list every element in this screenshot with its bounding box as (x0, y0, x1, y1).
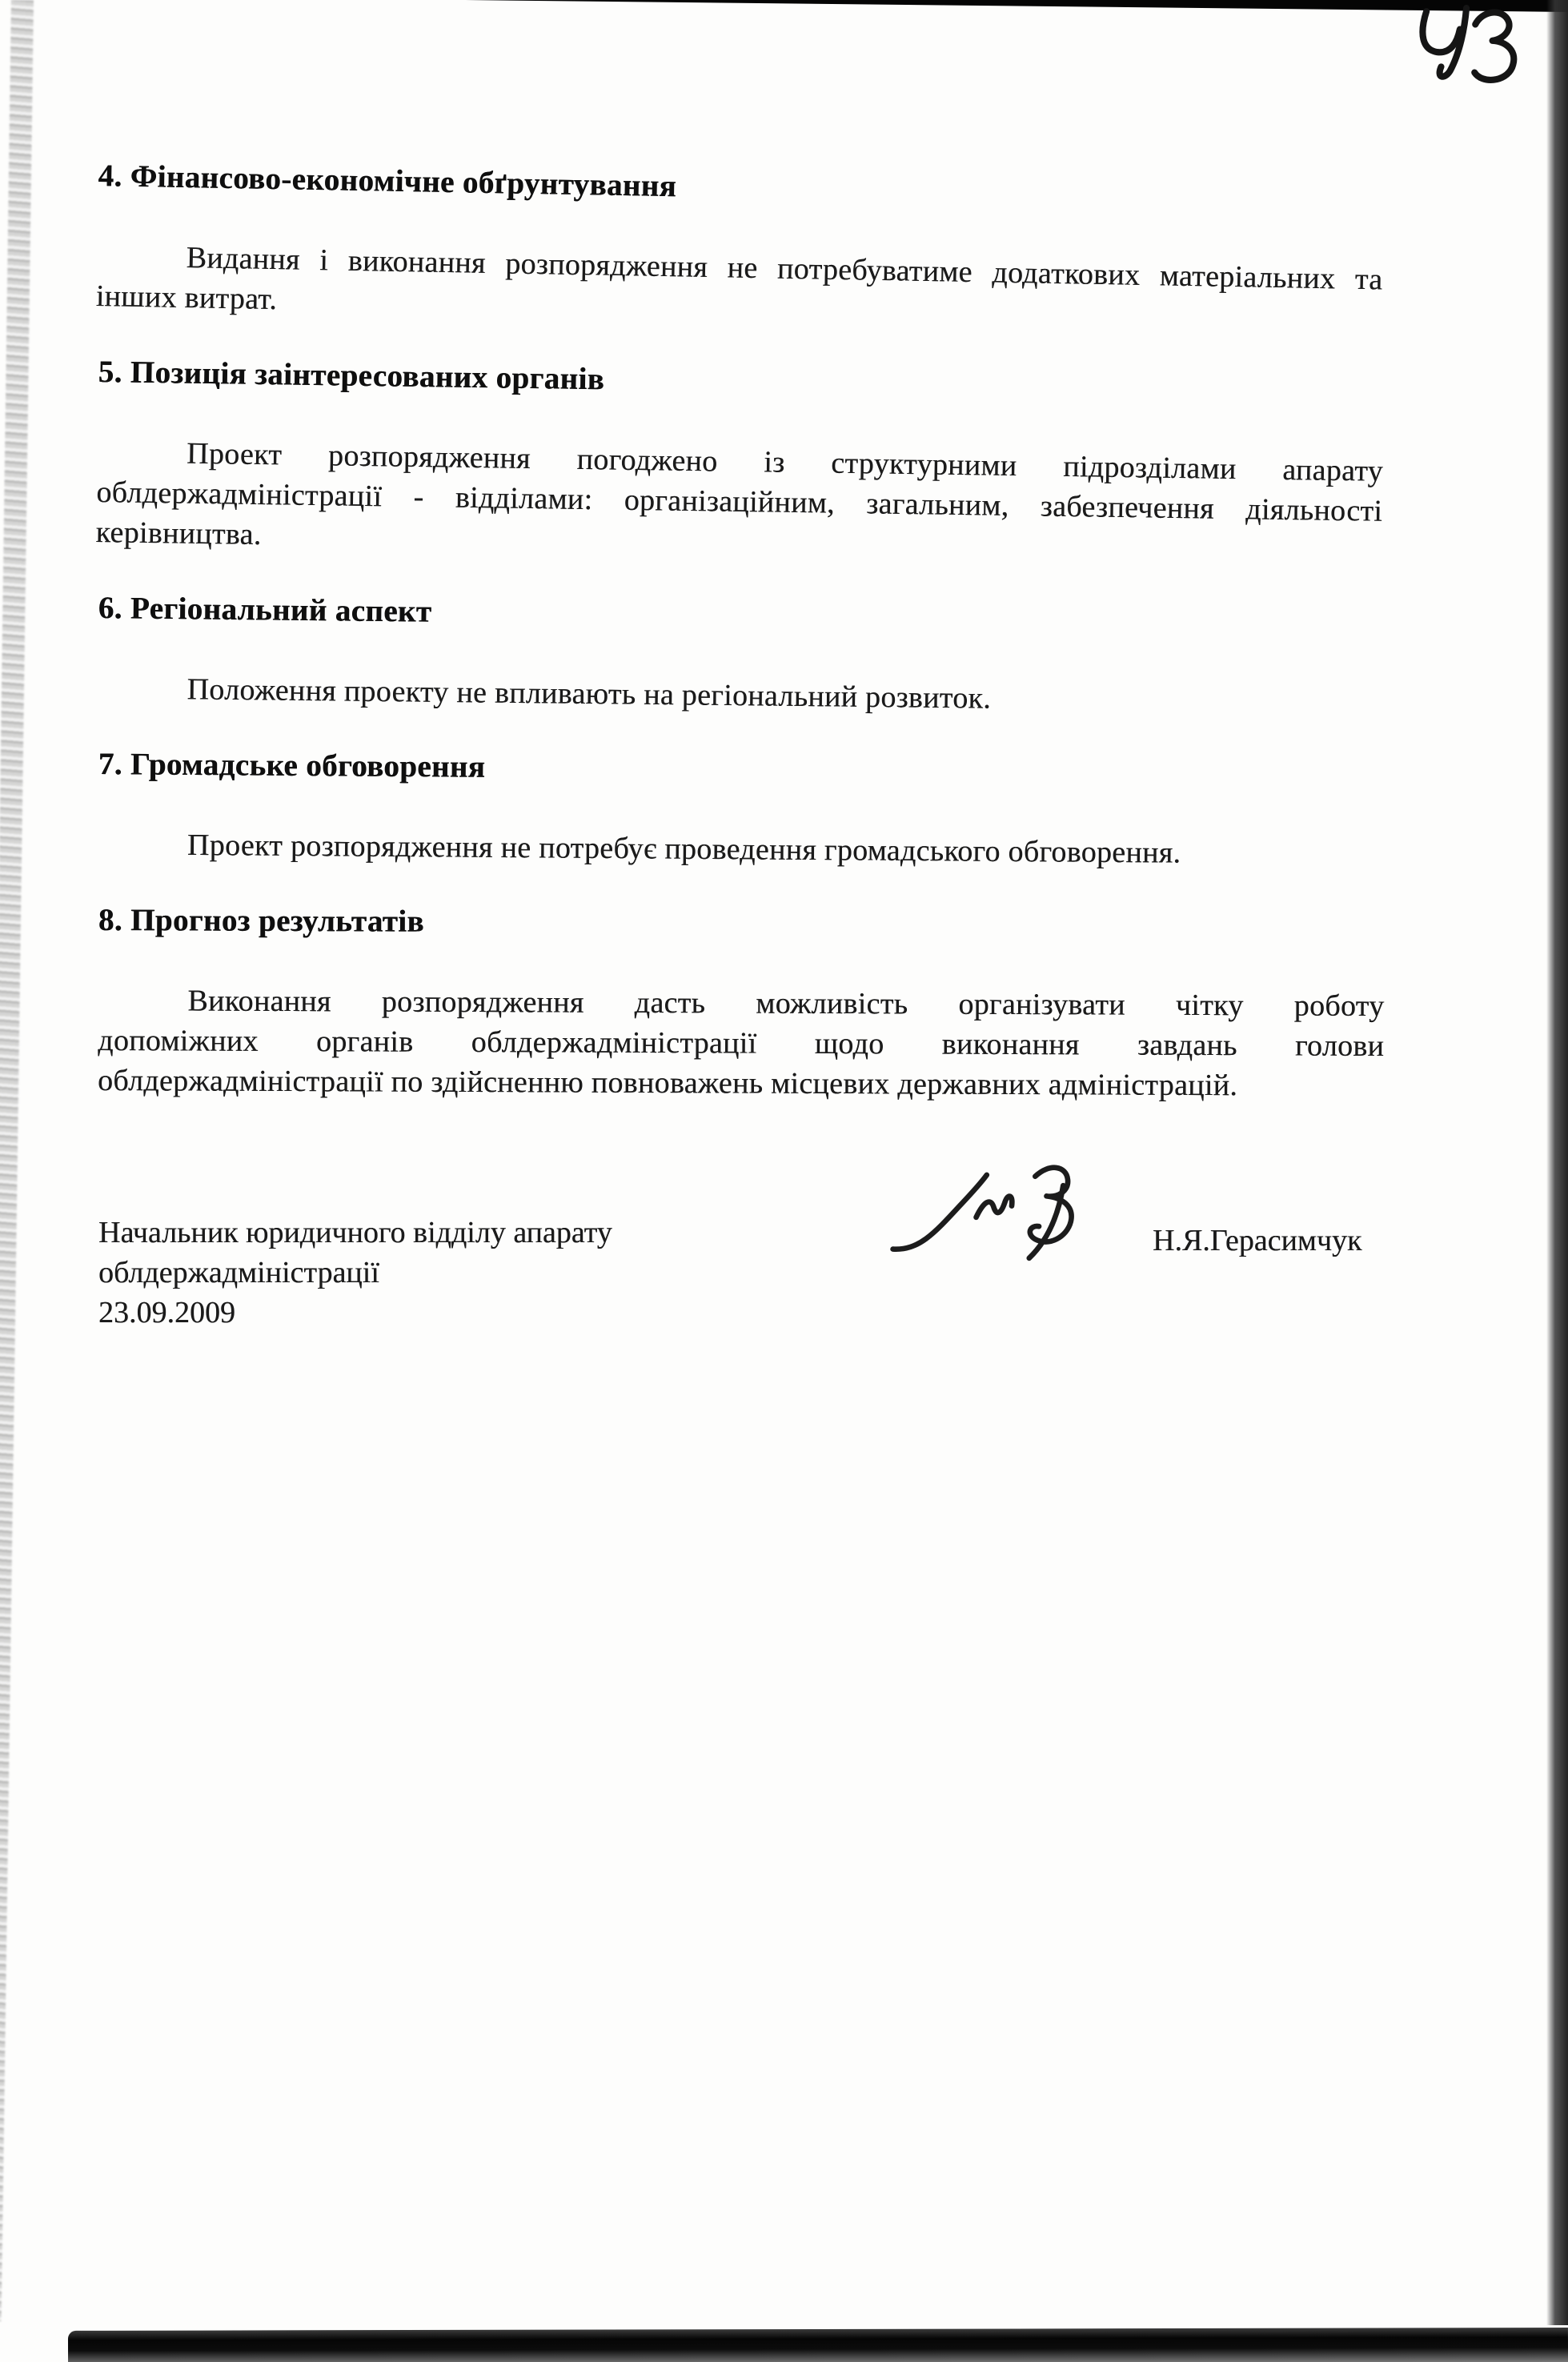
signature-middle (976, 1197, 1013, 1217)
section-stakeholder-position: 5. Позиція заінтересованих органів Проек… (95, 352, 1385, 571)
text-line: 23.09.2009 (98, 1293, 1385, 1333)
text-line: Проект розпорядження не потребує проведе… (98, 824, 1384, 875)
handwritten-signature-icon (887, 1158, 1137, 1272)
section-paragraph: Проект розпорядження не потребує проведе… (98, 824, 1384, 875)
document-body: 4. Фінансово-економічне обґрунтування Ви… (98, 156, 1385, 1333)
text-line: Виконання розпорядження дасть можливість… (98, 980, 1384, 1026)
signatory-name: Н.Я.Герасимчук (1153, 1221, 1361, 1261)
section-public-discussion: 7. Громадське обговорення Проект розпоря… (98, 744, 1385, 875)
signature-swoosh (893, 1175, 987, 1249)
section-paragraph: Проект розпорядження погоджено із структ… (95, 432, 1383, 571)
section-financial-justification: 4. Фінансово-економічне обґрунтування Ви… (95, 156, 1384, 339)
section-paragraph: Положення проекту не впливають на регіон… (97, 668, 1383, 723)
section-results-forecast: 8. Прогноз результатів Виконання розпоря… (98, 900, 1385, 1106)
section-heading: 5. Позиція заінтересованих органів (98, 352, 1385, 411)
digit-3 (1474, 12, 1514, 79)
section-heading: 8. Прогноз результатів (98, 900, 1385, 946)
text-line: Положення проекту не впливають на регіон… (97, 668, 1383, 723)
text-line: облдержадміністрації по здійсненню повно… (98, 1061, 1384, 1106)
section-heading: 7. Громадське обговорення (98, 744, 1385, 795)
text-line: допоміжних органів облдержадміністрації … (98, 1021, 1384, 1066)
scan-edge-right-band (1546, 0, 1568, 2325)
signature-block: Начальник юридичного відділу апаратуоблд… (98, 1213, 1385, 1333)
section-heading: 4. Фінансово-економічне обґрунтування (98, 156, 1385, 219)
scanned-page: 43 4. Фінансово-економічне обґрунтування… (0, 0, 1568, 2362)
digit-4-bowl (1422, 11, 1459, 52)
scan-edge-bottom-band (68, 2328, 1568, 2362)
scan-edge-left-band (0, 0, 34, 2321)
section-regional-aspect: 6. Регіональний аспект Положення проекту… (97, 588, 1385, 723)
section-heading: 6. Регіональний аспект (98, 588, 1384, 643)
handwritten-page-number: 43 (1394, 3, 1535, 93)
section-paragraph: Виконання розпорядження дасть можливість… (98, 980, 1385, 1106)
section-paragraph: Видання і виконання розпорядження не пот… (95, 236, 1383, 339)
